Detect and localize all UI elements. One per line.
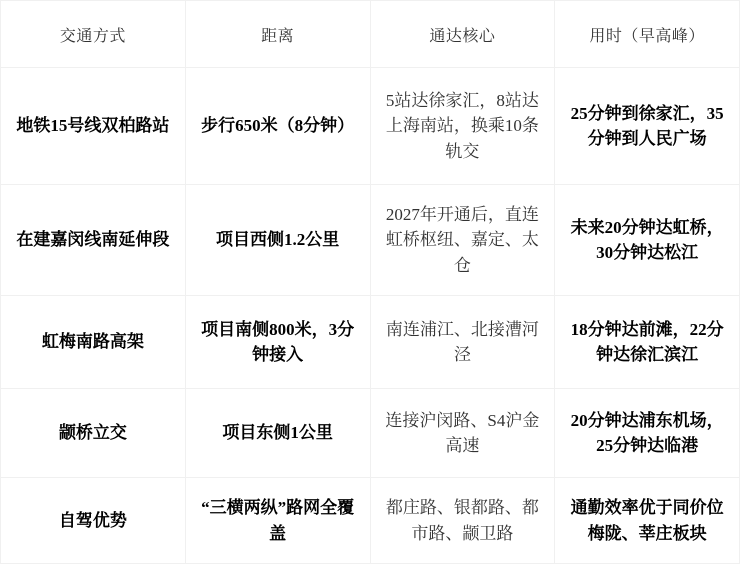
cell-travel-time: 未来20分钟达虹桥，30分钟达松江 — [555, 185, 740, 296]
cell-travel-time: 25分钟到徐家汇，35分钟到人民广场 — [555, 68, 740, 185]
table-row: 虹梅南路高架 项目南侧800米，3分钟接入 南连浦江、北接漕河泾 18分钟达前滩… — [1, 296, 740, 389]
transport-comparison-table: 交通方式 距离 通达核心 用时（早高峰） 地铁15号线双柏路站 步行650米（8… — [0, 0, 740, 564]
cell-access-core: 2027年开通后，直连虹桥枢纽、嘉定、太仓 — [370, 185, 555, 296]
cell-distance: 项目南侧800米，3分钟接入 — [185, 296, 370, 389]
header-transport-mode: 交通方式 — [1, 1, 186, 68]
cell-travel-time: 18分钟达前滩，22分钟达徐汇滨江 — [555, 296, 740, 389]
cell-distance: 项目西侧1.2公里 — [185, 185, 370, 296]
cell-travel-time: 通勤效率优于同价位梅陇、莘庄板块 — [555, 478, 740, 564]
cell-distance: 步行650米（8分钟） — [185, 68, 370, 185]
cell-access-core: 连接沪闵路、S4沪金高速 — [370, 389, 555, 478]
cell-distance: 项目东侧1公里 — [185, 389, 370, 478]
header-travel-time: 用时（早高峰） — [555, 1, 740, 68]
cell-access-core: 都庄路、银都路、都市路、颛卫路 — [370, 478, 555, 564]
cell-access-core: 5站达徐家汇，8站达上海南站，换乘10条轨交 — [370, 68, 555, 185]
cell-transport-mode: 自驾优势 — [1, 478, 186, 564]
cell-transport-mode: 在建嘉闵线南延伸段 — [1, 185, 186, 296]
cell-travel-time: 20分钟达浦东机场，25分钟达临港 — [555, 389, 740, 478]
cell-transport-mode: 虹梅南路高架 — [1, 296, 186, 389]
header-distance: 距离 — [185, 1, 370, 68]
cell-access-core: 南连浦江、北接漕河泾 — [370, 296, 555, 389]
cell-transport-mode: 地铁15号线双柏路站 — [1, 68, 186, 185]
table-row: 颛桥立交 项目东侧1公里 连接沪闵路、S4沪金高速 20分钟达浦东机场，25分钟… — [1, 389, 740, 478]
table-header-row: 交通方式 距离 通达核心 用时（早高峰） — [1, 1, 740, 68]
cell-transport-mode: 颛桥立交 — [1, 389, 186, 478]
table-row: 地铁15号线双柏路站 步行650米（8分钟） 5站达徐家汇，8站达上海南站，换乘… — [1, 68, 740, 185]
table-row: 在建嘉闵线南延伸段 项目西侧1.2公里 2027年开通后，直连虹桥枢纽、嘉定、太… — [1, 185, 740, 296]
cell-distance: “三横两纵”路网全覆盖 — [185, 478, 370, 564]
table-row: 自驾优势 “三横两纵”路网全覆盖 都庄路、银都路、都市路、颛卫路 通勤效率优于同… — [1, 478, 740, 564]
header-access-core: 通达核心 — [370, 1, 555, 68]
